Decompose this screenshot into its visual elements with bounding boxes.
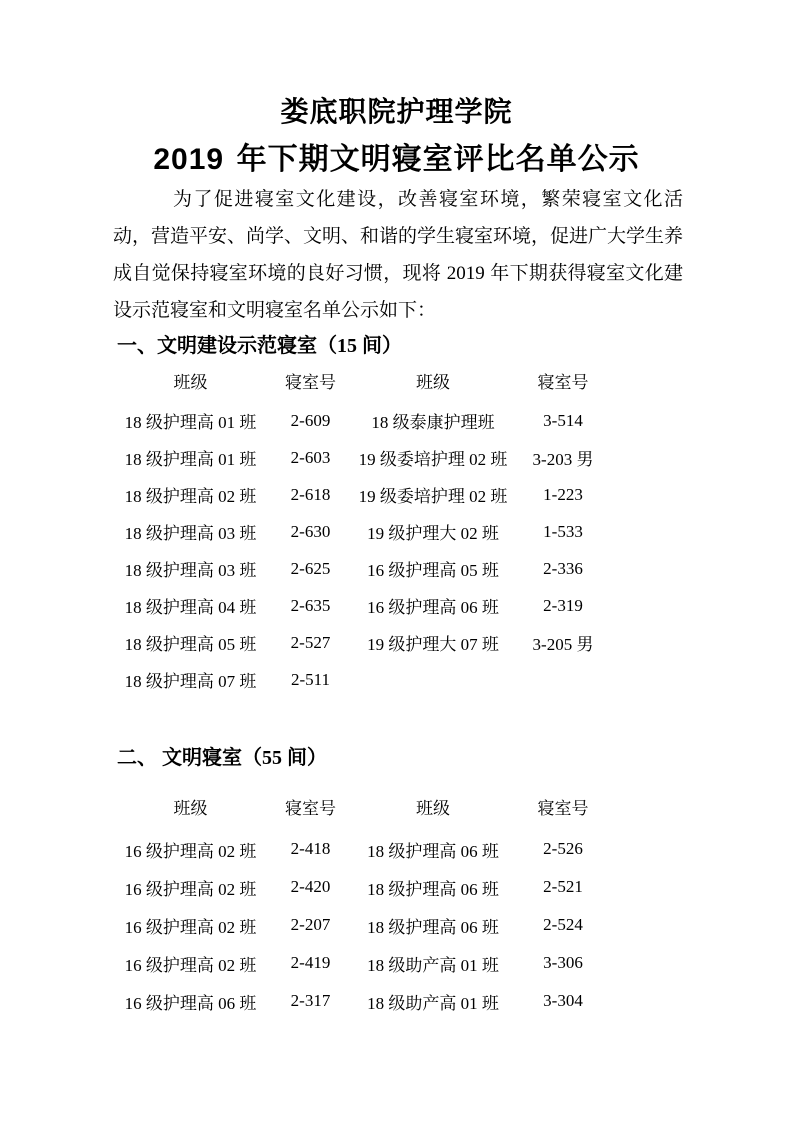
table-row: 18 级护理高 07 班 2-511 — [113, 661, 613, 698]
subtitle-year: 2019 — [153, 143, 228, 176]
subtitle-text: 年下期文明寝室评比名单公示 — [228, 143, 640, 176]
class-cell: 18 级护理高 04 班 — [113, 587, 268, 624]
intro-paragraph: 为了促进寝室文化建设，改善寝室环境，繁荣寝室文化活动，营造平安、尚学、文明、和谐… — [113, 181, 683, 329]
room-cell: 2-603 — [268, 439, 353, 476]
column-header-room: 寝室号 — [268, 782, 353, 830]
room-cell: 3-205 男 — [513, 624, 613, 661]
class-cell: 19 级委培护理 02 班 — [353, 476, 513, 513]
class-cell: 18 级护理高 03 班 — [113, 550, 268, 587]
class-cell: 18 级护理高 03 班 — [113, 513, 268, 550]
room-cell — [513, 661, 613, 698]
table-header-row: 班级 寝室号 班级 寝室号 — [113, 358, 613, 402]
civilized-dorm-table: 班级 寝室号 班级 寝室号 16 级护理高 02 班 2-418 18 级护理高… — [113, 782, 613, 1020]
class-cell: 18 级护理高 02 班 — [113, 476, 268, 513]
class-cell: 18 级助产高 01 班 — [353, 982, 513, 1020]
class-cell: 18 级助产高 01 班 — [353, 944, 513, 982]
room-cell: 2-317 — [268, 982, 353, 1020]
class-cell: 19 级护理大 02 班 — [353, 513, 513, 550]
class-cell: 16 级护理高 02 班 — [113, 944, 268, 982]
column-header-room: 寝室号 — [513, 358, 613, 402]
room-cell: 2-419 — [268, 944, 353, 982]
room-cell: 2-521 — [513, 868, 613, 906]
class-cell: 18 级护理高 06 班 — [353, 906, 513, 944]
column-header-class: 班级 — [353, 782, 513, 830]
class-cell: 18 级护理高 01 班 — [113, 402, 268, 439]
room-cell: 2-418 — [268, 830, 353, 868]
column-header-room: 寝室号 — [268, 358, 353, 402]
section2-heading: 二、 文明寝室（55 间） — [117, 746, 327, 770]
room-cell: 2-336 — [513, 550, 613, 587]
table-row: 16 级护理高 06 班 2-317 18 级助产高 01 班 3-304 — [113, 982, 613, 1020]
room-cell: 2-319 — [513, 587, 613, 624]
table-row: 18 级护理高 05 班 2-527 19 级护理大 07 班 3-205 男 — [113, 624, 613, 661]
table-row: 18 级护理高 02 班 2-618 19 级委培护理 02 班 1-223 — [113, 476, 613, 513]
class-cell: 18 级护理高 05 班 — [113, 624, 268, 661]
class-cell: 16 级护理高 02 班 — [113, 868, 268, 906]
column-header-class: 班级 — [353, 358, 513, 402]
room-cell: 2-511 — [268, 661, 353, 698]
table-row: 18 级护理高 01 班 2-603 19 级委培护理 02 班 3-203 男 — [113, 439, 613, 476]
column-header-room: 寝室号 — [513, 782, 613, 830]
section1-heading: 一、文明建设示范寝室（15 间） — [117, 334, 402, 358]
class-cell — [353, 661, 513, 698]
class-cell: 18 级护理高 06 班 — [353, 868, 513, 906]
room-cell: 2-635 — [268, 587, 353, 624]
room-cell: 2-609 — [268, 402, 353, 439]
room-cell: 1-223 — [513, 476, 613, 513]
column-header-class: 班级 — [113, 358, 268, 402]
room-cell: 2-618 — [268, 476, 353, 513]
class-cell: 16 级护理高 05 班 — [353, 550, 513, 587]
class-cell: 18 级护理高 06 班 — [353, 830, 513, 868]
table-row: 18 级护理高 04 班 2-635 16 级护理高 06 班 2-319 — [113, 587, 613, 624]
class-cell: 16 级护理高 06 班 — [353, 587, 513, 624]
room-cell: 2-630 — [268, 513, 353, 550]
room-cell: 1-533 — [513, 513, 613, 550]
column-header-class: 班级 — [113, 782, 268, 830]
room-cell: 2-207 — [268, 906, 353, 944]
table-row: 18 级护理高 03 班 2-625 16 级护理高 05 班 2-336 — [113, 550, 613, 587]
room-cell: 2-526 — [513, 830, 613, 868]
room-cell: 2-527 — [268, 624, 353, 661]
class-cell: 16 级护理高 02 班 — [113, 830, 268, 868]
class-cell: 18 级泰康护理班 — [353, 402, 513, 439]
table-row: 16 级护理高 02 班 2-418 18 级护理高 06 班 2-526 — [113, 830, 613, 868]
table-row: 16 级护理高 02 班 2-207 18 级护理高 06 班 2-524 — [113, 906, 613, 944]
room-cell: 3-306 — [513, 944, 613, 982]
document-title: 娄底职院护理学院 — [0, 96, 793, 130]
room-cell: 3-304 — [513, 982, 613, 1020]
class-cell: 19 级委培护理 02 班 — [353, 439, 513, 476]
class-cell: 16 级护理高 06 班 — [113, 982, 268, 1020]
room-cell: 2-420 — [268, 868, 353, 906]
class-cell: 18 级护理高 07 班 — [113, 661, 268, 698]
class-cell: 16 级护理高 02 班 — [113, 906, 268, 944]
room-cell: 2-524 — [513, 906, 613, 944]
table-row: 16 级护理高 02 班 2-419 18 级助产高 01 班 3-306 — [113, 944, 613, 982]
room-cell: 3-203 男 — [513, 439, 613, 476]
table-row: 18 级护理高 03 班 2-630 19 级护理大 02 班 1-533 — [113, 513, 613, 550]
document-subtitle: 2019 年下期文明寝室评比名单公示 — [0, 141, 793, 179]
table-row: 16 级护理高 02 班 2-420 18 级护理高 06 班 2-521 — [113, 868, 613, 906]
intro-year: 2019 — [447, 263, 485, 284]
class-cell: 18 级护理高 01 班 — [113, 439, 268, 476]
table-header-row: 班级 寝室号 班级 寝室号 — [113, 782, 613, 830]
room-cell: 3-514 — [513, 402, 613, 439]
class-cell: 19 级护理大 07 班 — [353, 624, 513, 661]
table-row: 18 级护理高 01 班 2-609 18 级泰康护理班 3-514 — [113, 402, 613, 439]
room-cell: 2-625 — [268, 550, 353, 587]
document-page: 娄底职院护理学院 2019 年下期文明寝室评比名单公示 为了促进寝室文化建设，改… — [0, 0, 793, 1122]
demonstration-dorm-table: 班级 寝室号 班级 寝室号 18 级护理高 01 班 2-609 18 级泰康护… — [113, 358, 613, 698]
